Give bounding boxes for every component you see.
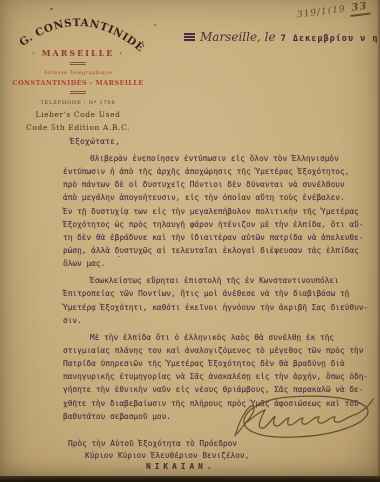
letter-line: Θλιβερὰν ἐνεποίησεν ἐντύπωσιν εἰς ὅλον τ…	[63, 152, 377, 165]
letter-line: Ἐξοχότητος ὡς πρὸς τηλαυγῆ φάρον ἠτένιζο…	[63, 218, 377, 231]
letterhead-arc: C. G. CONSTANTINIDÈS	[12, 12, 144, 52]
letter-line: ρώσῃ, ἀλλὰ δυστυχῶς αἱ τελευταῖαι ἐκλογα…	[63, 244, 377, 257]
letter-line: Μὲ τὴν ἐλπίδα ὅτι ὁ ἑλληνικὸς λαὸς θὰ συ…	[63, 331, 377, 344]
letterhead-code-line1: Lieber's Code Used	[12, 110, 144, 119]
letter-line: πανηγυρικῆς ἐτυμηγορίας νὰ Σᾶς ἀνακαλέσῃ…	[63, 370, 377, 383]
archive-annotation: 319/1(1933	[297, 1, 371, 24]
ornament-divider-icon	[70, 62, 86, 65]
page-bottom-edge	[0, 476, 380, 482]
letter-paragraph: Θλιβερὰν ἐνεποίησεν ἐντύπωσιν εἰς ὅλον τ…	[63, 152, 377, 270]
letter-body: Θλιβερὰν ἐνεποίησεν ἐντύπωσιν εἰς ὅλον τ…	[63, 152, 377, 427]
letter-line: ὅλων μας.	[63, 257, 377, 270]
letter-line: Πατρίδα ὑπηρεσιῶν τῆς Ὑμετέρας Ἐξοχότητο…	[63, 357, 377, 370]
letterhead-phone: TÉLÉPHONE : Nº 1708	[12, 100, 144, 106]
scanned-letter-page: 319/1(1933 C. G. CONSTANTINIDÈS · MARSEI…	[0, 0, 380, 482]
letterhead-code-line2: Code 5th Edition A.B.C.	[12, 123, 144, 132]
letter-line: τη δὲν θὰ ἐβράδυνε καὶ τὴν ἰδιαιτέραν αὐ…	[63, 231, 377, 244]
letterhead-city: · MARSEILLE ·	[12, 48, 144, 58]
paper-speck	[50, 8, 53, 10]
dateline-date: 7 Δεκεμβρίου ν η 1920.	[281, 34, 380, 44]
dateline: Marseille, le 7 Δεκεμβρίου ν η 1920.	[184, 30, 380, 44]
letter-line: Ἐπιτροπείας τῶν Ποντίων, ἥτις μοὶ ἀνέθεσ…	[63, 287, 377, 300]
ornament-divider-icon	[70, 91, 86, 94]
archive-ref: 319/1(19	[297, 5, 347, 21]
svg-text:C. G. CONSTANTINIDÈS: C. G. CONSTANTINIDÈS	[12, 12, 144, 52]
telegraph-address: CONSTANTINIDÈS - MARSEILLE	[12, 79, 144, 87]
letter-line: πρὸ πάντων δὲ οἱ δυστυχεῖς Πόντιοι δὲν δ…	[63, 178, 377, 191]
letter-line: Ἐν τῇ δυστυχίᾳ των εἰς τὴν μεγαλεπήβολον…	[63, 205, 377, 218]
letter-line: ἀπὸ μεγάλην ἀπογοήτευσιν, εἰς τὴν ὁποίαν…	[63, 191, 377, 204]
address-line: ΝΙΚΑΙΑΝ.	[146, 461, 249, 473]
salutation: Ἐξοχώτατε,	[70, 137, 120, 146]
stamp-bars-icon	[184, 33, 195, 42]
paper-speck	[118, 256, 120, 257]
signature	[225, 390, 375, 442]
letter-line: σιν.	[63, 314, 377, 327]
address-block: Πρὸς τὴν Αὐτοῦ Ἐξοχότητα τὸ Πρόεδρον Κύρ…	[68, 438, 249, 473]
company-name: C. G. CONSTANTINIDÈS	[12, 12, 144, 52]
address-line: Κύριον Κύριον Ἐλευθέριον Βενιζέλον,	[85, 450, 249, 462]
address-line: Πρὸς τὴν Αὐτοῦ Ἐξοχότητα τὸ Πρόεδρον	[68, 438, 249, 450]
dateline-place: Marseille, le	[200, 30, 276, 44]
letter-line: ἐντύπωσιν ἡ ἀπὸ τῆς ἀρχῆς ἀποχώρησις τῆς…	[63, 165, 377, 178]
letterhead: C. G. CONSTANTINIDÈS · MARSEILLE · Adres…	[12, 12, 144, 132]
letter-line: Ὑμετέρᾳ Ἐξοχότητι, καθότι ἐκεῖνοι ἠγνόου…	[63, 301, 377, 314]
archive-number: 33	[349, 1, 370, 17]
paper-speck	[154, 24, 156, 26]
letter-line: στιγμιαίας πλάνης του καὶ ἀναλογιζόμενος…	[63, 344, 377, 357]
telegraph-label: Adresse Télégraphique	[12, 70, 144, 76]
letter-line: Ἐσωκλείστως εὕρηται ἐπιστολὴ τῆς ἐν Κωνσ…	[63, 274, 377, 287]
letter-paragraph: Ἐσωκλείστως εὕρηται ἐπιστολὴ τῆς ἐν Κωνσ…	[63, 274, 377, 327]
